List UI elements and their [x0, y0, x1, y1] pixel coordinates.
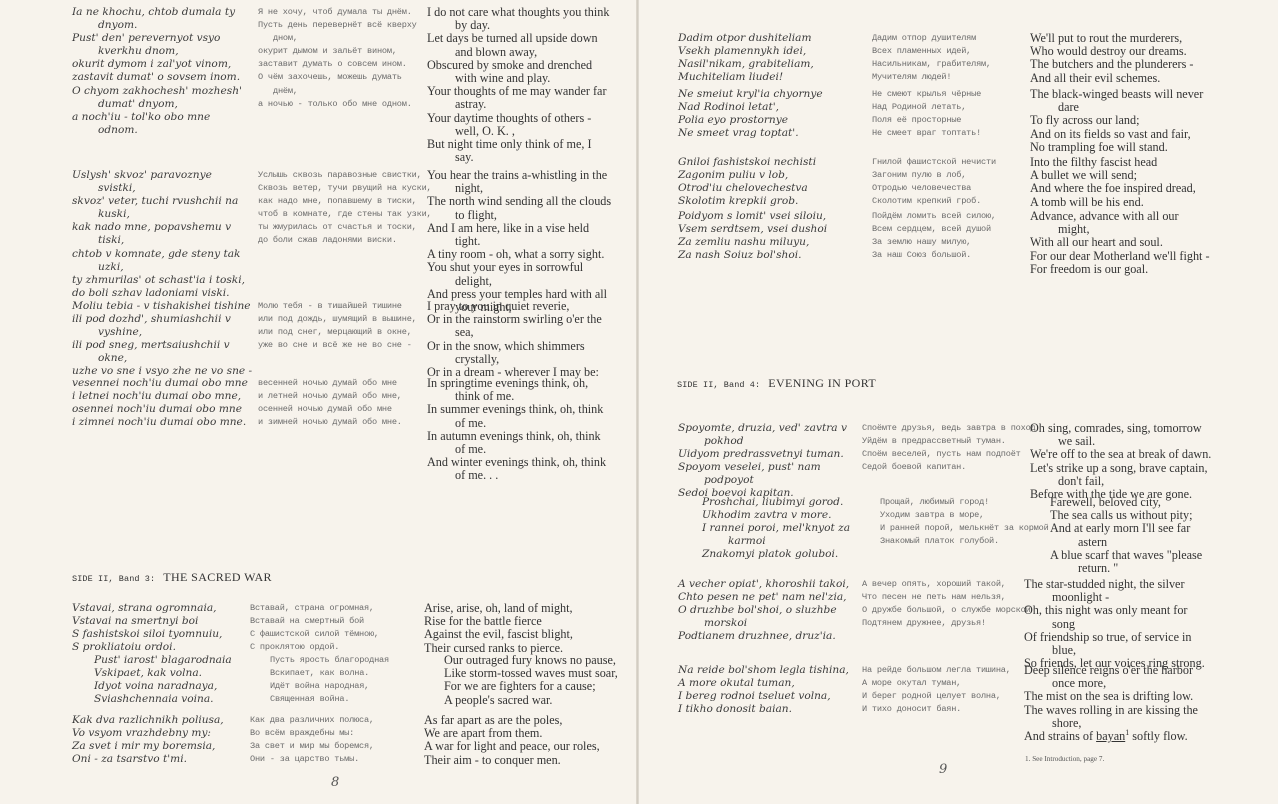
lyric-line: Nad Rodinoi letat',: [678, 101, 823, 114]
lyric-line: And on its fields so vast and fair,: [1030, 128, 1203, 141]
russian-stanza: Споёмте друзья, ведь завтра в походУйдём…: [862, 422, 1036, 474]
lyric-line: tiski,: [72, 234, 245, 247]
page-number: 8: [331, 775, 339, 790]
lyric-line: A more okutal tuman,: [678, 677, 849, 690]
lyric-line: chtob v komnate, gde steny tak: [72, 248, 245, 261]
section-title: THE SACRED WAR: [163, 570, 272, 584]
lyric-line: Dadim otpor dushiteliam: [678, 32, 814, 45]
lyric-line: А вечер опять, хороший такой,: [862, 578, 1031, 591]
lyric-line: vyshine,: [72, 326, 252, 339]
lyric-line: Дадим отпор душителям: [872, 32, 991, 45]
lyric-line: Уходим завтра в море,: [880, 509, 1049, 522]
lyric-line: Sviashchennaia voina.: [94, 693, 232, 706]
lyric-line: Vskipaet, kak volna.: [94, 667, 232, 680]
english-stanza: Arise, arise, oh, land of might,Rise for…: [424, 602, 573, 655]
transliteration-stanza: Gniloi fashistskoi nechistiZagonim puliu…: [678, 156, 816, 208]
lyric-line: как надо мне, попавшему в тиски,: [258, 195, 432, 208]
lyric-line: Let's strike up a song, brave captain,: [1030, 462, 1211, 475]
footnoted-term: bayan: [1096, 729, 1125, 743]
lyric-line: Прощай, любимый город!: [880, 496, 1049, 509]
lyric-line: весенней ночью думай обо мне: [258, 377, 402, 390]
lyric-line: I rannei poroi, mel'knyot za: [702, 522, 850, 535]
english-stanza: The black-winged beasts will neverdareTo…: [1030, 88, 1203, 154]
lyric-line: Сквозь ветер, тучи рвущий на куски,: [258, 182, 432, 195]
transliteration-stanza: Spoyomte, druzia, ved' zavtra vpokhodUid…: [678, 422, 847, 501]
lyric-line: дном,: [258, 32, 417, 45]
lyric-line: Во всём враждебны мы:: [250, 727, 374, 740]
english-stanza: Into the filthy fascist headA bullet we …: [1030, 156, 1196, 209]
lyric-line: Пойдём ломить всей силою,: [872, 210, 996, 223]
lyric-line: In autumn evenings think, oh, think: [427, 430, 606, 443]
lyric-line: Advance, advance with all our: [1030, 210, 1210, 223]
lyric-line: и зимней ночью думай обо мне.: [258, 416, 402, 429]
lyric-line: okne,: [72, 352, 252, 365]
lyric-line: And all their evil schemes.: [1030, 72, 1193, 85]
lyric-line: A war for light and peace, our roles,: [424, 740, 600, 753]
lyric-line: I tikho donosit baian.: [678, 703, 849, 716]
english-stanza: Oh sing, comrades, sing, tomorrowwe sail…: [1030, 422, 1211, 501]
lyric-line: Za nash Soiuz bol'shoi.: [678, 249, 827, 262]
lyric-line: No trampling foe will stand.: [1030, 141, 1203, 154]
lyric-line: Vstavai na smertnyi boi: [72, 615, 222, 628]
lyric-line: zastavit dumat' o sovsem inom.: [72, 71, 242, 84]
english-stanza: Deep silence reigns o'er the harboronce …: [1024, 664, 1198, 743]
lyric-line: Насильникам, грабителям,: [872, 58, 991, 71]
lyric-line: и летней ночью думай обо мне,: [258, 390, 402, 403]
english-stanza: Farewell, beloved city,The sea calls us …: [1050, 496, 1202, 575]
lyric-line: ty zhmurilas' ot schast'ia i toski,: [72, 274, 245, 287]
lyric-line: osennei noch'iu dumai obo mne: [72, 403, 248, 416]
lyric-line: Вскипает, как волна.: [270, 667, 389, 680]
lyric-line: Za zemliu nashu miluyu,: [678, 236, 827, 249]
lyric-line: Услышь сквозь паравозные свистки,: [258, 169, 432, 182]
lyric-line: Ne smeet vrag toptat'.: [678, 127, 823, 140]
lyric-line: окурит дымом и зальёт вином,: [258, 45, 417, 58]
russian-stanza: Пусть ярость благороднаяВскипает, как во…: [270, 654, 389, 706]
lyric-line: Как два различних полюса,: [250, 714, 374, 727]
lyric-line: Polia eyo prostornye: [678, 114, 823, 127]
lyric-line: Уйдём в предрассветный туман.: [862, 435, 1036, 448]
lyric-line: Вставай на смертный бой: [250, 615, 379, 628]
transliteration-stanza: A vecher opiat', khoroshii takoi,Chto pe…: [678, 578, 849, 643]
lyric-line: Chto pesen ne pet' nam nel'zia,: [678, 591, 849, 604]
lyric-line: ili pod dozhd', shumiashchii v: [72, 313, 252, 326]
lyric-line: Идёт война народная,: [270, 680, 389, 693]
lyric-line: Kak dva razlichnikh poliusa,: [72, 714, 224, 727]
lyric-line: dnyom.: [72, 19, 242, 32]
lyric-line: Against the evil, fascist blight,: [424, 628, 573, 641]
lyric-line: To fly across our land;: [1030, 114, 1203, 127]
lyric-line: или под дождь, шумящий в вышине,: [258, 313, 417, 326]
english-stanza: The star-studded night, the silvermoonli…: [1024, 578, 1205, 670]
lyric-line: Muchiteliam liudei!: [678, 71, 814, 84]
lyric-line: Гнилой фашистской нечисти: [872, 156, 996, 169]
lyric-line: You shut your eyes in sorrowful: [427, 261, 611, 274]
lyric-line: vesennei noch'iu dumai obo mne: [72, 377, 248, 390]
lyric-line: Or in the rainstorm swirling o'er the: [427, 313, 602, 326]
lyric-line: Что песен не петь нам нельзя,: [862, 591, 1031, 604]
lyric-line: A blue scarf that waves "please: [1050, 549, 1202, 562]
transliteration-stanza: Vstavai, strana ogromnaia,Vstavai na sme…: [72, 602, 222, 654]
lyric-line: А море окутал туман,: [862, 677, 1011, 690]
lyric-line: Or in the snow, which shimmers: [427, 340, 602, 353]
lyric-line: Spoyomte, druzia, ved' zavtra v: [678, 422, 847, 435]
lyric-line: We're off to the sea at break of dawn.: [1030, 448, 1211, 461]
lyric-line: Vo vsyom vrazhdebny my:: [72, 727, 224, 740]
english-stanza: We'll put to rout the murderers,Who woul…: [1030, 32, 1193, 85]
lyric-line: Uslysh' skvoz' paravoznye: [72, 169, 245, 182]
lyric-line: Подтянем дружнее, друзья!: [862, 617, 1031, 630]
lyric-line: Загоним пулю в лоб,: [872, 169, 996, 182]
lyric-line: Pust' iarost' blagarodnaia: [94, 654, 232, 667]
lyric-line: Deep silence reigns o'er the harbor: [1024, 664, 1198, 677]
russian-stanza: На рейде большом легла тишина,А море оку…: [862, 664, 1011, 716]
lyric-line: Za svet i mir my boremsia,: [72, 740, 224, 753]
section-side-band: SIDE II, Band 3:: [72, 574, 155, 584]
lyric-line: i letnei noch'iu dumai obo mne,: [72, 390, 248, 403]
lyric-line: заставит думать о совсем ином.: [258, 58, 417, 71]
lyric-line: Podtianem druzhnee, druz'ia.: [678, 630, 849, 643]
lyric-line: Na reide bol'shom legla tishina,: [678, 664, 849, 677]
lyric-line: svistki,: [72, 182, 245, 195]
lyric-line: S prokliatoiu ordoi.: [72, 641, 222, 654]
lyric-line: O druzhbe bol'shoi, o sluzhbe: [678, 604, 849, 617]
lyric-line: delight,: [427, 275, 611, 288]
lyric-line: Skolotim krepkii grob.: [678, 195, 816, 208]
russian-stanza: Гнилой фашистской нечистиЗагоним пулю в …: [872, 156, 996, 208]
lyric-line: Vstavai, strana ogromnaia,: [72, 602, 222, 615]
lyric-line: of me.: [427, 417, 606, 430]
lyric-line: О дружбе большой, о службе морской: [862, 604, 1031, 617]
lyric-line: of me. . .: [427, 469, 606, 482]
lyric-line: The waves rolling in are kissing the: [1024, 704, 1198, 717]
lyric-line-with-footnote: And strains of bayan1 softly flow.: [1024, 730, 1198, 743]
lyric-line: Let days be turned all upside down: [427, 32, 609, 45]
lyric-line: а ночью - только обо мне одном.: [258, 98, 417, 111]
lyric-line: Споёмте друзья, ведь завтра в поход: [862, 422, 1036, 435]
transliteration-stanza: Dadim otpor dushiteliamVsekh plamennykh …: [678, 32, 814, 84]
transliteration-stanza: Poidyom s lomit' vsei siloiu,Vsem serdts…: [678, 210, 827, 262]
lyric-line: до боли сжав ладонями виски.: [258, 234, 432, 247]
section-side-band: SIDE II, Band 4:: [677, 380, 760, 390]
english-stanza: I pray to you in quiet reverie,Or in the…: [427, 300, 602, 379]
section-heading-evening-in-port: SIDE II, Band 4: EVENING IN PORT: [677, 374, 876, 392]
english-stanza: Our outraged fury knows no pause,Like st…: [444, 654, 618, 707]
lyric-line: Their aim - to conquer men.: [424, 754, 600, 767]
lyric-line: For we are fighters for a cause;: [444, 680, 618, 693]
lyric-line: In summer evenings think, oh, think: [427, 403, 606, 416]
lyric-line: И тихо доносит баян.: [862, 703, 1011, 716]
english-stanza: Advance, advance with all ourmight,With …: [1030, 210, 1210, 276]
lyric-line: Молю тебя - в тишайшей тишине: [258, 300, 417, 313]
lyric-line: Ne smeiut kryl'ia chyornye: [678, 88, 823, 101]
lyric-line: С фашистской силой тёмною,: [250, 628, 379, 641]
russian-stanza: Услышь сквозь паравозные свистки,Сквозь …: [258, 169, 432, 248]
lyric-line: Поля её просторные: [872, 114, 981, 127]
lyric-line: odnom.: [72, 124, 242, 137]
lyric-line: ili pod sneg, mertsaiushchii v: [72, 339, 252, 352]
lyric-line: На рейде большом легла тишина,: [862, 664, 1011, 677]
lyric-line: The butchers and the plunderers -: [1030, 58, 1193, 71]
russian-stanza: Не смеют крылья чёрныеНад Родиной летать…: [872, 88, 981, 140]
transliteration-stanza: Proshchai, liubimyi gorod.Ukhodim zavtra…: [702, 496, 850, 561]
lyric-line: Moliu tebia - v tishakishei tishine: [72, 300, 252, 313]
russian-stanza: Пойдём ломить всей силою,Всем сердцем, в…: [872, 210, 996, 262]
lyric-line: Zagonim puliu v lob,: [678, 169, 816, 182]
english-stanza: You hear the trains a-whistling in theni…: [427, 169, 611, 314]
lyric-line: Пусть ярость благородная: [270, 654, 389, 667]
lyric-line: song: [1024, 618, 1205, 631]
lyric-line: Gniloi fashistskoi nechisti: [678, 156, 816, 169]
lyric-line: and blown away,: [427, 46, 609, 59]
english-stanza: I do not care what thoughts you thinkby …: [427, 6, 609, 164]
lyric-line: i zimnei noch'iu dumai obo mne.: [72, 416, 248, 429]
russian-stanza: Молю тебя - в тишайшей тишинеили под дож…: [258, 300, 417, 352]
lyric-line: О чём захочешь, можешь думать: [258, 71, 417, 84]
lyric-line: Я не хочу, чтоб думала ты днём.: [258, 6, 417, 19]
transliteration-stanza: Moliu tebia - v tishakishei tishineili p…: [72, 300, 252, 379]
lyric-line: For freedom is our goal.: [1030, 263, 1210, 276]
russian-stanza: Как два различних полюса,Во всём враждеб…: [250, 714, 374, 766]
lyric-line: Не смеет враг топтать!: [872, 127, 981, 140]
english-stanza: As far apart as are the poles,We are apa…: [424, 714, 600, 767]
lyric-line: The black-winged beasts will never: [1030, 88, 1203, 101]
lyric-line: Vsekh plamennykh idei,: [678, 45, 814, 58]
lyric-line: Znakomyi platok goluboi.: [702, 548, 850, 561]
lyric-line: say.: [427, 151, 609, 164]
lyric-line: podpoyot: [678, 474, 847, 487]
lyric-line: And winter evenings think, oh, think: [427, 456, 606, 469]
lyric-line: осенней ночью думай обо мне: [258, 403, 402, 416]
lyric-line: ты жмурилась от счастья и тоски,: [258, 221, 432, 234]
lyric-line: Седой боевой капитан.: [862, 461, 1036, 474]
lyric-line: return. ": [1050, 562, 1202, 575]
lyric-line: Your daytime thoughts of others -: [427, 112, 609, 125]
lyric-line: skvoz' veter, tuchi rvushchii na: [72, 195, 245, 208]
lyric-line: The mist on the sea is drifting low.: [1024, 690, 1198, 703]
lyric-line: dumat' dnyom,: [72, 98, 242, 111]
lyric-line: A people's sacred war.: [444, 694, 618, 707]
lyric-line: Otrod'iu chelovechestva: [678, 182, 816, 195]
lyric-line: Сколотим крепкий гроб.: [872, 195, 996, 208]
lyric-line: astray.: [427, 98, 609, 111]
lyric-line: Idyot voina naradnaya,: [94, 680, 232, 693]
lyric-line: За свет и мир мы боремся,: [250, 740, 374, 753]
lyric-line: За наш Союз большой.: [872, 249, 996, 262]
transliteration-stanza: vesennei noch'iu dumai obo mnei letnei n…: [72, 377, 248, 429]
lyric-line: astern: [1050, 536, 1202, 549]
lyric-line: And where the foe inspired dread,: [1030, 182, 1196, 195]
lyric-line: a noch'iu - tol'ko obo mne: [72, 111, 242, 124]
lyric-line: Pust' den' perevernyot vsyo: [72, 32, 242, 45]
lyric-line: Всем сердцем, всей душой: [872, 223, 996, 236]
lyric-line: okurit dymom i zal'yot vinom,: [72, 58, 242, 71]
lyric-line: уже во сне и всё же не во сне -: [258, 339, 417, 352]
lyric-line: In springtime evenings think, oh,: [427, 377, 606, 390]
lyric-line: И берег родной целует волна,: [862, 690, 1011, 703]
lyric-line: A vecher opiat', khoroshii takoi,: [678, 578, 849, 591]
russian-stanza: весенней ночью думай обо мнеи летней ноч…: [258, 377, 402, 429]
transliteration-stanza: Pust' iarost' blagarodnaiaVskipaet, kak …: [94, 654, 232, 706]
lyric-line: Spoyom veselei, pust' nam: [678, 461, 847, 474]
lyric-line: Отродью человечества: [872, 182, 996, 195]
lyric-line: Всех пламенных идей,: [872, 45, 991, 58]
lyric-line: O chyom zakhochesh' mozhesh': [72, 85, 242, 98]
lyric-line: With all our heart and soul.: [1030, 236, 1210, 249]
lyric-line: The north wind sending all the clouds: [427, 195, 611, 208]
lyric-line: За землю нашу милую,: [872, 236, 996, 249]
lyric-line: Oni - za tsarstvo t'mi.: [72, 753, 224, 766]
lyric-line: Nasil'nikam, grabiteliam,: [678, 58, 814, 71]
lyric-line: I bereg rodnoi tseluet volna,: [678, 690, 849, 703]
lyric-line: чтоб в комнате, где стены так узки,: [258, 208, 432, 221]
transliteration-stanza: Ia ne khochu, chtob dumala tydnyom.Pust'…: [72, 6, 242, 137]
transliteration-stanza: Ne smeiut kryl'ia chyornyeNad Rodinoi le…: [678, 88, 823, 140]
transliteration-stanza: Uslysh' skvoz' paravoznyesvistki,skvoz' …: [72, 169, 245, 300]
lyric-line: или под снег, мерцающий в окне,: [258, 326, 417, 339]
lyric-line: Не смеют крылья чёрные: [872, 88, 981, 101]
lyric-line: to flight,: [427, 209, 611, 222]
lyric-line: kak nado mne, popavshemu v: [72, 221, 245, 234]
lyric-line: kverkhu dnom,: [72, 45, 242, 58]
lyric-line: A tomb will be his end.: [1030, 196, 1196, 209]
russian-stanza: Вставай, страна огромная,Вставай на смер…: [250, 602, 379, 654]
footnote: 1. See Introduction, page 7.: [1025, 755, 1104, 763]
lyric-line: Мучителям людей!: [872, 71, 991, 84]
lyric-line: For our dear Motherland we'll fight -: [1030, 250, 1210, 263]
lyric-line: Они - за царство тьмы.: [250, 753, 374, 766]
lyric-line: do boli szhav ladoniami viski.: [72, 287, 245, 300]
lyric-line: Священная война.: [270, 693, 389, 706]
english-stanza: In springtime evenings think, oh,think o…: [427, 377, 606, 483]
russian-stanza: Прощай, любимый город!Уходим завтра в мо…: [880, 496, 1049, 548]
lyric-line: S fashistskoi siloi tyomnuiu,: [72, 628, 222, 641]
lyric-line: Poidyom s lomit' vsei siloiu,: [678, 210, 827, 223]
transliteration-stanza: Kak dva razlichnikh poliusa,Vo vsyom vra…: [72, 714, 224, 766]
lyric-line: Proshchai, liubimyi gorod.: [702, 496, 850, 509]
lyric-line: Знакомый платок голубой.: [880, 535, 1049, 548]
section-heading-sacred-war: SIDE II, Band 3: THE SACRED WAR: [72, 568, 272, 586]
lyric-line: pokhod: [678, 435, 847, 448]
russian-stanza: А вечер опять, хороший такой,Что песен н…: [862, 578, 1031, 630]
lyric-line: Вставай, страна огромная,: [250, 602, 379, 615]
lyric-line: Uidyom predrassvetnyi tuman.: [678, 448, 847, 461]
russian-stanza: Дадим отпор душителямВсех пламенных идей…: [872, 32, 991, 84]
transliteration-stanza: Na reide bol'shom legla tishina,A more o…: [678, 664, 849, 716]
lyric-line: днём,: [258, 85, 417, 98]
lyric-line: С проклятою ордой.: [250, 641, 379, 654]
lyric-line: karmoi: [702, 535, 850, 548]
lyric-line: Vsem serdtsem, vsei dushoi: [678, 223, 827, 236]
lyric-line: uzki,: [72, 261, 245, 274]
lyric-line: And at early morn I'll see far: [1050, 522, 1202, 535]
lyric-line: sea,: [427, 326, 602, 339]
russian-stanza: Я не хочу, чтоб думала ты днём.Пусть ден…: [258, 6, 417, 111]
lyric-line: morskoi: [678, 617, 849, 630]
lyric-line: Ukhodim zavtra v more.: [702, 509, 850, 522]
lyric-line: Споём веселей, пусть нам подпоёт: [862, 448, 1036, 461]
lyric-line: Oh, this night was only meant for: [1024, 604, 1205, 617]
lyric-line: Ia ne khochu, chtob dumala ty: [72, 6, 242, 19]
section-title: EVENING IN PORT: [768, 376, 876, 390]
lyric-line: kuski,: [72, 208, 245, 221]
lyric-line: Пусть день перевернёт всё кверху: [258, 19, 417, 32]
lyric-line: И ранней порой, мелькнёт за кормой: [880, 522, 1049, 535]
lyric-line: Над Родиной летать,: [872, 101, 981, 114]
page-number: 9: [939, 762, 947, 777]
